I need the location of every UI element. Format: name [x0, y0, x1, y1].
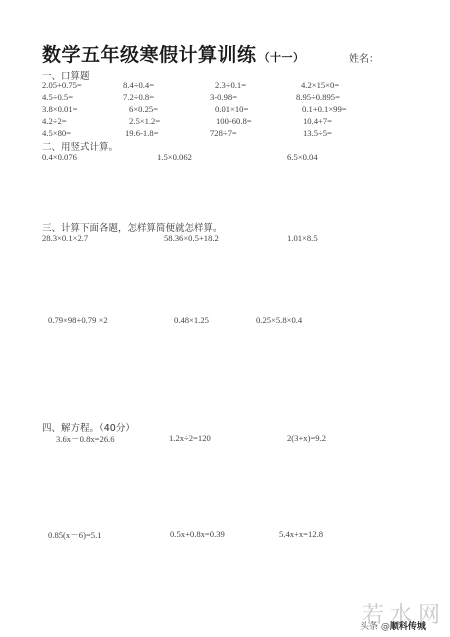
- oral-problem: 3-0.98=: [210, 92, 237, 102]
- oral-problem: 0.1+0.1×99=: [302, 104, 347, 114]
- oral-problem: 2.05+0.75=: [42, 80, 82, 90]
- vertical-calc-problem: 6.5×0.04: [287, 152, 318, 162]
- oral-problem: 4.2×15×0=: [301, 80, 339, 90]
- oral-problem: 13.5÷5=: [303, 128, 332, 138]
- oral-problem: 6×0.25=: [129, 104, 158, 114]
- oral-problem: 7.2÷0.8=: [123, 92, 154, 102]
- oral-problem: 728÷7=: [210, 128, 237, 138]
- credit-name: 顺科传城: [390, 622, 426, 632]
- simplify-problem: 1.01×8.5: [287, 233, 318, 243]
- simplify-problem: 28.3×0.1×2.7: [42, 233, 88, 243]
- section4-heading: 四、解方程。（40分）: [42, 420, 135, 434]
- oral-problem: 8.95÷0.895=: [296, 92, 340, 102]
- oral-problem: 2.5×1.2=: [129, 116, 160, 126]
- simplify-problem: 58.36×0.5+18.2: [164, 233, 219, 243]
- oral-problem: 8.4÷0.4=: [123, 80, 154, 90]
- oral-problem: 3.8×0.01=: [42, 104, 77, 114]
- oral-problem: 0.01×10=: [215, 104, 248, 114]
- vertical-calc-problem: 0.4×0.076: [42, 152, 77, 162]
- section3-heading: 三、计算下面各题，怎样算简便就怎样算。: [42, 220, 223, 234]
- title-main: 数学五年级寒假计算训练: [42, 44, 257, 66]
- equation-problem: 5.4x+x=12.8: [279, 529, 323, 539]
- equation-problem: 2(3+x)=9.2: [287, 433, 326, 443]
- equation-problem: 0.85(x－6)=5.1: [48, 529, 102, 541]
- simplify-problem: 0.48×1.25: [174, 315, 209, 325]
- oral-problem: 4.5÷0.5=: [42, 92, 73, 102]
- equation-problem: 0.5x+0.8x=0.39: [170, 529, 225, 539]
- simplify-problem: 0.79×98+0.79 ×2: [48, 315, 108, 325]
- oral-problem: 100-60.8=: [216, 116, 252, 126]
- vertical-calc-problem: 1.5×0.062: [157, 152, 192, 162]
- simplify-problem: 0.25×5.8×0.4: [256, 315, 302, 325]
- name-field-label: 姓名：: [349, 50, 379, 65]
- equation-problem: 1.2x÷2=120: [169, 433, 211, 443]
- oral-problem: 4.5×80=: [42, 128, 71, 138]
- oral-problem: 19.6-1.8=: [125, 128, 159, 138]
- credit-prefix: 头条 @: [360, 622, 390, 632]
- oral-problem: 4.2÷2=: [42, 116, 67, 126]
- page-title: 数学五年级寒假计算训练（十一）: [42, 40, 305, 67]
- title-suffix: （十一）: [259, 51, 305, 64]
- equation-problem: 3.6x－0.8x=26.6: [56, 433, 115, 445]
- section2-heading: 二、用竖式计算。: [42, 139, 118, 153]
- oral-problem: 10.4+7=: [303, 116, 332, 126]
- watermark-credit: 头条 @顺科传城: [360, 619, 426, 632]
- oral-problem: 2.3÷0.1=: [215, 80, 246, 90]
